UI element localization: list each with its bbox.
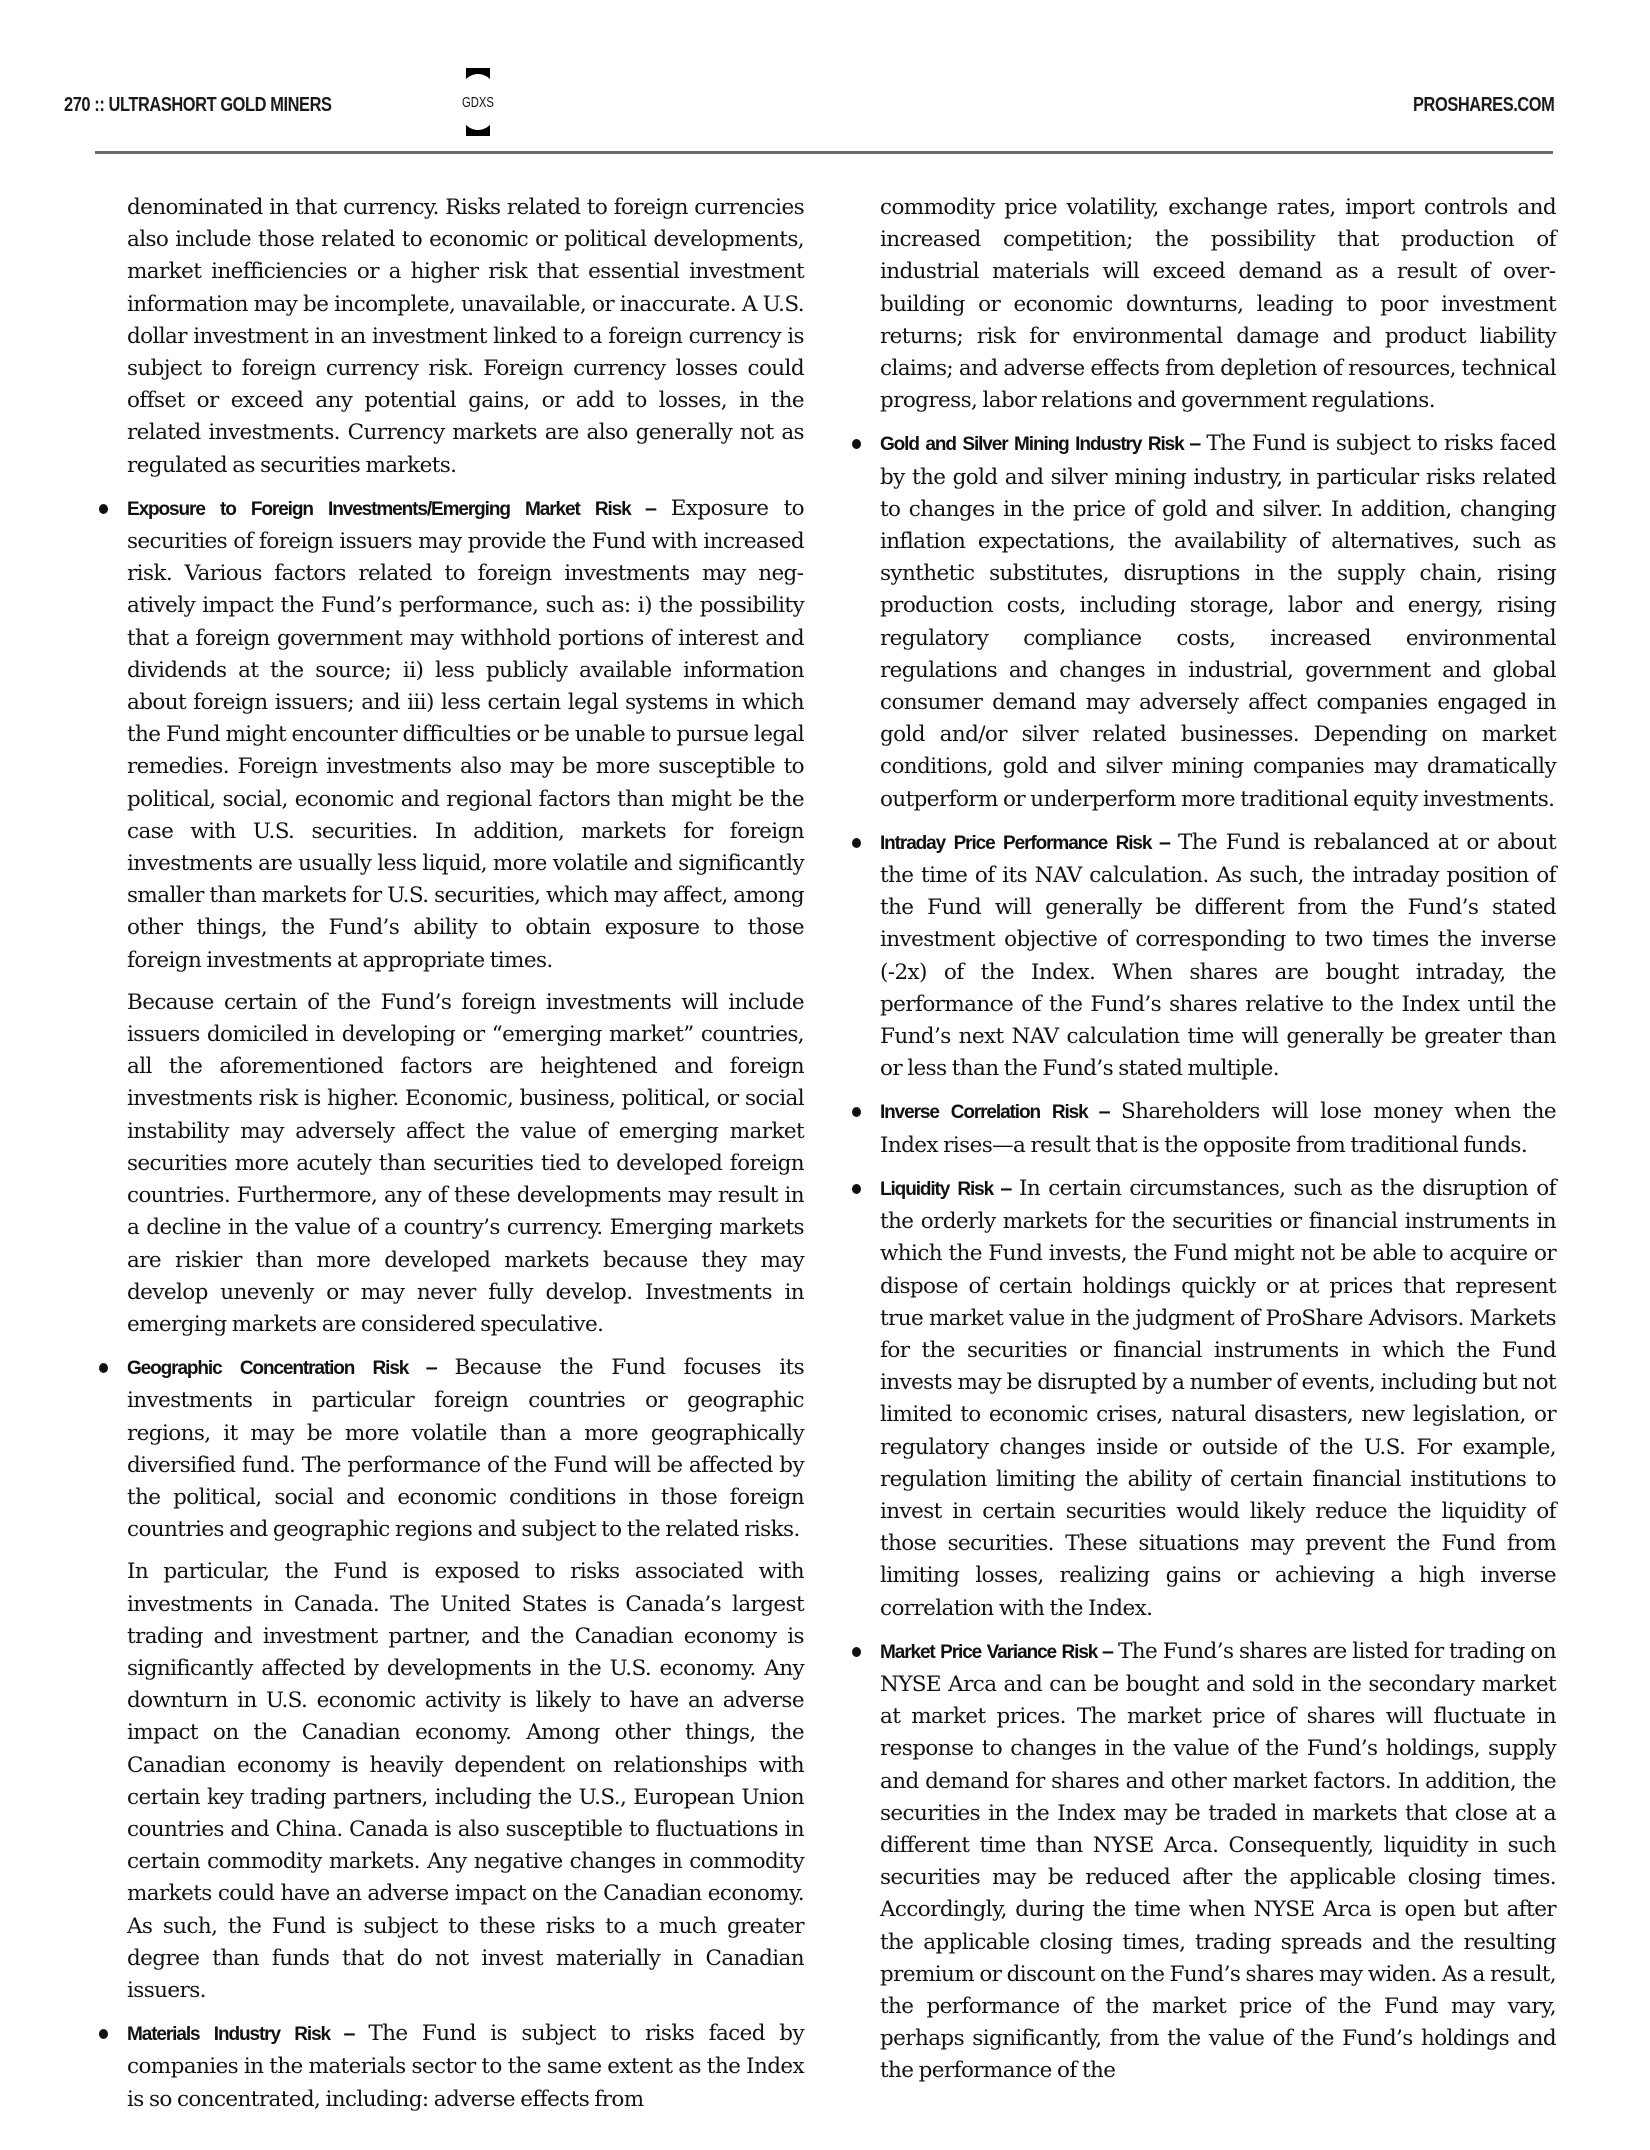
risk-text: In certain circumstances, such as the di… bbox=[880, 1176, 1556, 1621]
bullet-icon bbox=[852, 1647, 861, 1657]
dash: – bbox=[1151, 830, 1178, 854]
website-label: PROSHARES.COM bbox=[1413, 94, 1554, 117]
risk-title: Liquidity Risk bbox=[880, 1179, 993, 1200]
dash: – bbox=[330, 2021, 368, 2045]
bullet-icon bbox=[99, 2029, 108, 2039]
right-column: commodity price volatility, exchange rat… bbox=[880, 192, 1556, 2098]
risk-title: Geographic Concentration Risk bbox=[127, 1358, 408, 1379]
dash: – bbox=[1184, 431, 1207, 455]
risk-item-liquidity: Liquidity Risk – In certain circumstance… bbox=[880, 1172, 1556, 1625]
bullet-icon bbox=[852, 838, 861, 848]
bullet-icon bbox=[852, 1184, 861, 1194]
bullet-icon bbox=[99, 1363, 108, 1373]
risk-item-inverse-correlation: Inverse Correlation Risk – Shareholders … bbox=[880, 1095, 1556, 1161]
risk-text: Because the Fund focuses its investments… bbox=[127, 1355, 804, 1542]
risk-item-market-price-variance: Market Price Variance Risk – The Fund’s … bbox=[880, 1635, 1556, 2088]
dash: – bbox=[1097, 1639, 1118, 1663]
risk-title: Intraday Price Performance Risk bbox=[880, 833, 1151, 854]
risk-title: Materials Industry Risk bbox=[127, 2024, 330, 2045]
bullet-icon bbox=[852, 1107, 861, 1117]
risk-text: The Fund is subject to risks faced by th… bbox=[880, 431, 1556, 811]
dash: – bbox=[631, 496, 671, 520]
followup-paragraph: In particular, the Fund is exposed to ri… bbox=[127, 1556, 804, 2007]
intro-paragraph: commodity price volatility, exchange rat… bbox=[880, 192, 1556, 417]
bullet-icon bbox=[99, 504, 108, 514]
bullet-icon bbox=[852, 439, 861, 449]
risk-item-foreign-investments: Exposure to Foreign Investments/Emerging… bbox=[127, 492, 804, 977]
left-column: denominated in that currency. Risks rela… bbox=[127, 192, 804, 2126]
risk-item-intraday-price-performance: Intraday Price Performance Risk – The Fu… bbox=[880, 826, 1556, 1086]
risk-title: Exposure to Foreign Investments/Emerging… bbox=[127, 499, 631, 520]
risk-title: Market Price Variance Risk bbox=[880, 1642, 1097, 1663]
dash: – bbox=[408, 1355, 454, 1379]
intro-paragraph: denominated in that currency. Risks rela… bbox=[127, 192, 804, 482]
dash: – bbox=[1088, 1099, 1121, 1123]
fund-ticker-logo: GDXS bbox=[466, 68, 490, 136]
followup-paragraph: Because certain of the Fund’s foreign in… bbox=[127, 987, 804, 1341]
page-number-and-fund-title: 270 :: ULTRASHORT GOLD MINERS bbox=[64, 94, 332, 117]
ticker-badge: GDXS bbox=[457, 74, 499, 130]
risk-text: Exposure to securities of foreign issuer… bbox=[127, 496, 804, 973]
risk-item-geographic-concentration: Geographic Concentration Risk – Because … bbox=[127, 1351, 804, 1546]
page-header: 270 :: ULTRASHORT GOLD MINERS GDXS PROSH… bbox=[64, 62, 1554, 132]
risk-title: Inverse Correlation Risk bbox=[880, 1102, 1088, 1123]
risk-title: Gold and Silver Mining Industry Risk bbox=[880, 434, 1184, 455]
header-divider bbox=[95, 151, 1553, 154]
dash: – bbox=[993, 1176, 1019, 1200]
risk-text: The Fund is rebalanced at or about the t… bbox=[880, 830, 1556, 1081]
risk-item-materials-industry: Materials Industry Risk – The Fund is su… bbox=[127, 2017, 804, 2116]
risk-text: The Fund’s shares are listed for trad­in… bbox=[880, 1639, 1556, 2084]
risk-item-gold-silver-mining: Gold and Silver Mining Industry Risk – T… bbox=[880, 427, 1556, 815]
